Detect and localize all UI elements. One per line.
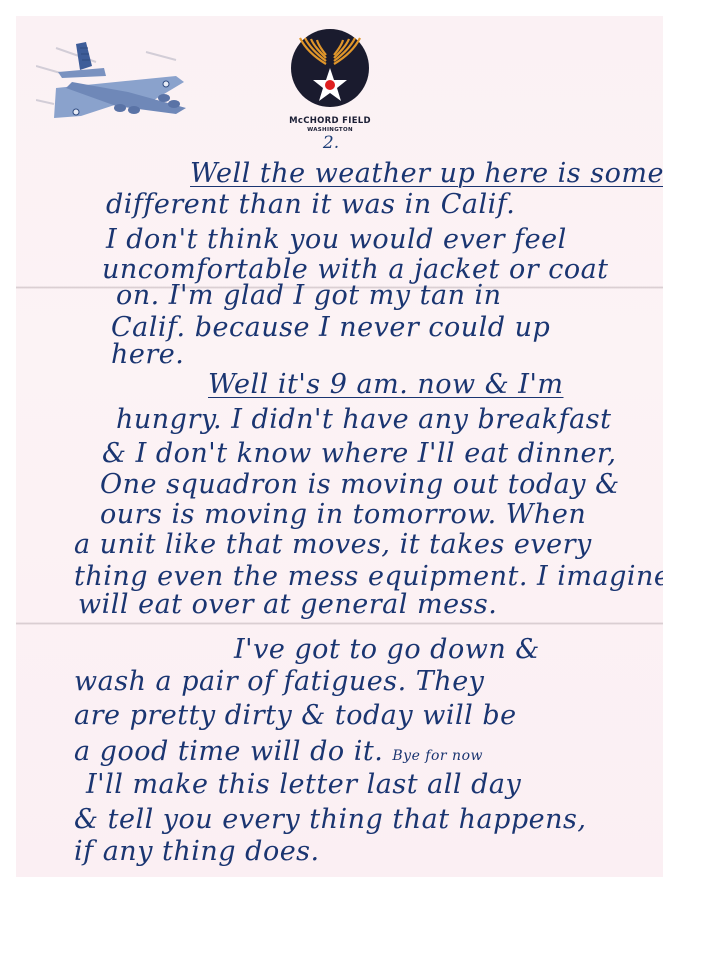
handwritten-line: Well the weather up here is some	[190, 160, 663, 187]
handwritten-line: & I don't know where I'll eat dinner,	[102, 440, 616, 467]
handwritten-line: if any thing does.	[74, 838, 320, 865]
handwritten-line: uncomfortable with a jacket or coat	[102, 256, 609, 283]
page-number: 2.	[316, 133, 346, 153]
handwritten-line: Well it's 9 am. now & I'm	[208, 371, 564, 398]
handwritten-line: a unit like that moves, it takes every	[74, 531, 592, 558]
handwritten-line: & tell you every thing that happens,	[74, 806, 587, 833]
handwritten-line: Calif. because I never could up	[111, 314, 550, 341]
aside-note: Bye for now	[392, 748, 483, 764]
handwritten-line: will eat over at general mess.	[78, 591, 497, 618]
handwritten-line: I'll make this letter last all day	[86, 771, 521, 798]
handwritten-line: hungry. I didn't have any breakfast	[116, 406, 611, 433]
handwritten-line: I don't think you would ever feel	[106, 226, 567, 253]
handwritten-line: a good time will do it. Bye for now	[74, 738, 483, 765]
handwritten-line: thing even the mess equipment. I imagine	[74, 563, 663, 590]
handwritten-line: are pretty dirty & today will be	[74, 702, 517, 729]
paper-fold-line	[16, 622, 663, 625]
handwritten-line: here.	[111, 341, 184, 368]
handwritten-line: ours is moving in tomorrow. When	[100, 501, 586, 528]
handwritten-line: wash a pair of fatigues. They	[74, 668, 484, 695]
army-air-forces-wings-star-emblem-icon	[290, 28, 370, 108]
handwritten-line: different than it was in Calif.	[106, 191, 515, 218]
handwritten-line: One squadron is moving out today &	[100, 471, 620, 498]
letter-page: McCHORD FIELD WASHINGTON 2. Well the wea…	[16, 16, 663, 877]
handwritten-line: on. I'm glad I got my tan in	[116, 282, 502, 309]
letterhead-title: McCHORD FIELD	[270, 116, 390, 126]
b17-bomber-plane-icon	[36, 36, 206, 136]
handwritten-line: I've got to go down &	[234, 636, 540, 663]
